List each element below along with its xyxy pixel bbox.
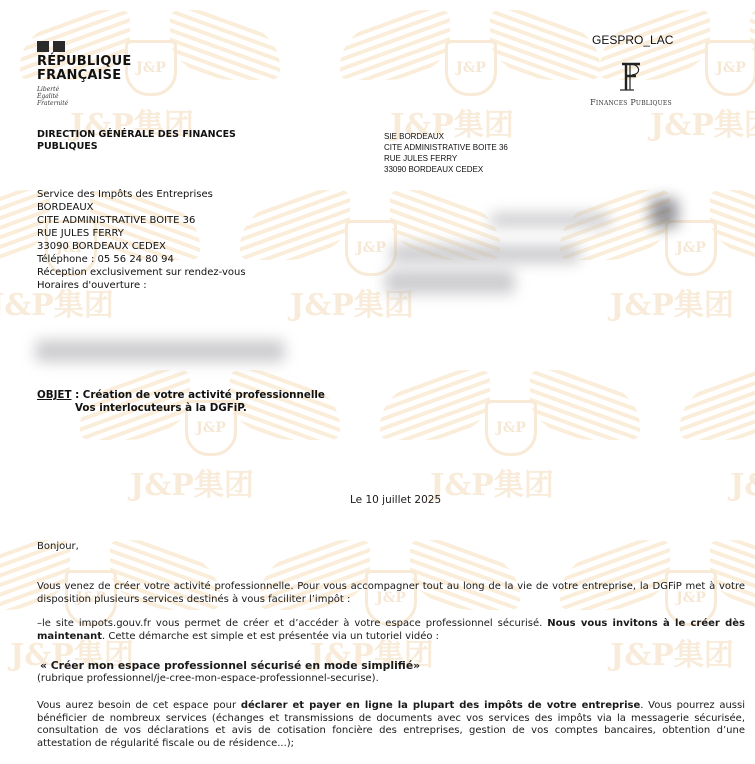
- redacted-recipient-city: [385, 270, 515, 294]
- address-line: 33090 BORDEAUX CEDEX: [384, 164, 508, 175]
- subject-separator: :: [72, 389, 83, 401]
- brand-line-2: FRANÇAISE: [37, 69, 132, 83]
- direction-line-2: PUBLIQUES: [37, 141, 236, 153]
- subject-label: OBJET: [37, 389, 72, 401]
- p2-text: –le site impots.gouv.fr vous permet de c…: [37, 618, 547, 629]
- address-line: SIE BORDEAUX: [384, 131, 508, 142]
- paragraph-intro: Vous venez de créer votre activité profe…: [37, 581, 745, 606]
- sender-line: Réception exclusivement sur rendez-vous: [37, 266, 246, 279]
- sender-phone: Téléphone : 05 56 24 80 94: [37, 253, 246, 266]
- sender-line: 33090 BORDEAUX CEDEX: [37, 240, 246, 253]
- sender-hours: Horaires d'ouverture :: [37, 279, 246, 292]
- redacted-recipient-name: [490, 213, 610, 227]
- address-line: RUE JULES FERRY: [384, 153, 508, 164]
- p4-text: Vous aurez besoin de cet espace pour: [37, 700, 241, 711]
- tutorial-reference: « Créer mon espace professionnel sécuris…: [37, 660, 745, 685]
- direction-heading: DIRECTION GÉNÉRALE DES FINANCES PUBLIQUE…: [37, 129, 236, 153]
- greeting: Bonjour,: [37, 541, 79, 552]
- republique-francaise-logo: RÉPUBLIQUE FRANÇAISE Liberté Égalité Fra…: [37, 41, 132, 107]
- subject-line-1: Création de votre activité professionnel…: [83, 389, 325, 401]
- tutorial-title: « Créer mon espace professionnel sécuris…: [37, 660, 745, 673]
- address-line: CITE ADMINISTRATIVE BOITE 36: [384, 142, 508, 153]
- finances-publiques-logo: Finances Publiques: [576, 60, 686, 107]
- redacted-mark: [650, 198, 678, 228]
- motto-liberte: Liberté: [37, 86, 132, 93]
- sender-line: CITE ADMINISTRATIVE BOITE 36: [37, 214, 246, 227]
- p2-text-end: . Cette démarche est simple et est prése…: [102, 631, 439, 642]
- reference-code: GESPRO_LAC: [592, 33, 673, 47]
- sender-line: RUE JULES FERRY: [37, 227, 246, 240]
- service-address-block: SIE BORDEAUX CITE ADMINISTRATIVE BOITE 3…: [384, 131, 508, 175]
- tutorial-path: (rubrique professionnel/je-cree-mon-espa…: [37, 673, 745, 686]
- sender-line: Service des Impôts des Entreprises: [37, 188, 246, 201]
- paragraph-website: –le site impots.gouv.fr vous permet de c…: [37, 618, 745, 643]
- letter-date: Le 10 juillet 2025: [350, 494, 441, 506]
- direction-line-1: DIRECTION GÉNÉRALE DES FINANCES: [37, 129, 236, 141]
- redacted-reference: [35, 340, 285, 362]
- marianne-icon: [37, 41, 132, 52]
- motto-egalite: Égalité: [37, 93, 132, 100]
- subject: OBJET : Création de votre activité profe…: [37, 389, 325, 415]
- paragraph-services: Vous aurez besoin de cet espace pour déc…: [37, 700, 745, 750]
- subject-line-2: Vos interlocuteurs à la DGFiP.: [37, 402, 325, 415]
- sender-line: BORDEAUX: [37, 201, 246, 214]
- redacted-recipient-address: [390, 245, 580, 263]
- motto-fraternite: Fraternité: [37, 100, 132, 107]
- sender-block: Service des Impôts des Entreprises BORDE…: [37, 188, 246, 292]
- brand-line-1: RÉPUBLIQUE: [37, 55, 132, 69]
- fp-logo-caption: Finances Publiques: [576, 98, 686, 107]
- letter-page: J&PJ&P集团J&PJ&P集团J&PJ&P集团J&PJ&P集团J&PJ&P集团…: [0, 0, 755, 764]
- p4-emphasis: déclarer et payer en ligne la plupart de…: [241, 700, 640, 711]
- fp-monogram-icon: [576, 60, 686, 98]
